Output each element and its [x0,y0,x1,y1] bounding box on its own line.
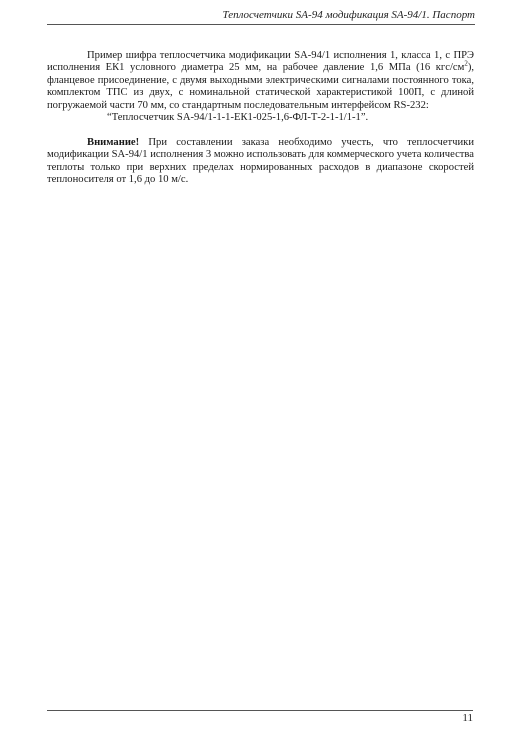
code-example: “Теплосчетчик SA-94/1-1-1-ЕК1-025-1,6-ФЛ… [47,112,474,124]
body-text: Пример шифра теплосчетчика модификации S… [47,50,474,186]
footer-divider [47,710,473,711]
document-page: Теплосчетчики SA-94 модификация SA-94/1.… [0,0,520,735]
running-header: Теплосчетчики SA-94 модификация SA-94/1.… [47,8,475,25]
example-paragraph: Пример шифра теплосчетчика модификации S… [47,50,474,112]
header-title: Теплосчетчики SA-94 модификация SA-94/1.… [222,9,475,21]
paragraph-gap [47,124,474,136]
warning-label: Внимание! [87,137,139,148]
warning-paragraph: Внимание! При составлении заказа необход… [47,137,474,187]
example-text-part1: Пример шифра теплосчетчика модификации S… [47,50,474,73]
page-number: 11 [462,712,473,725]
